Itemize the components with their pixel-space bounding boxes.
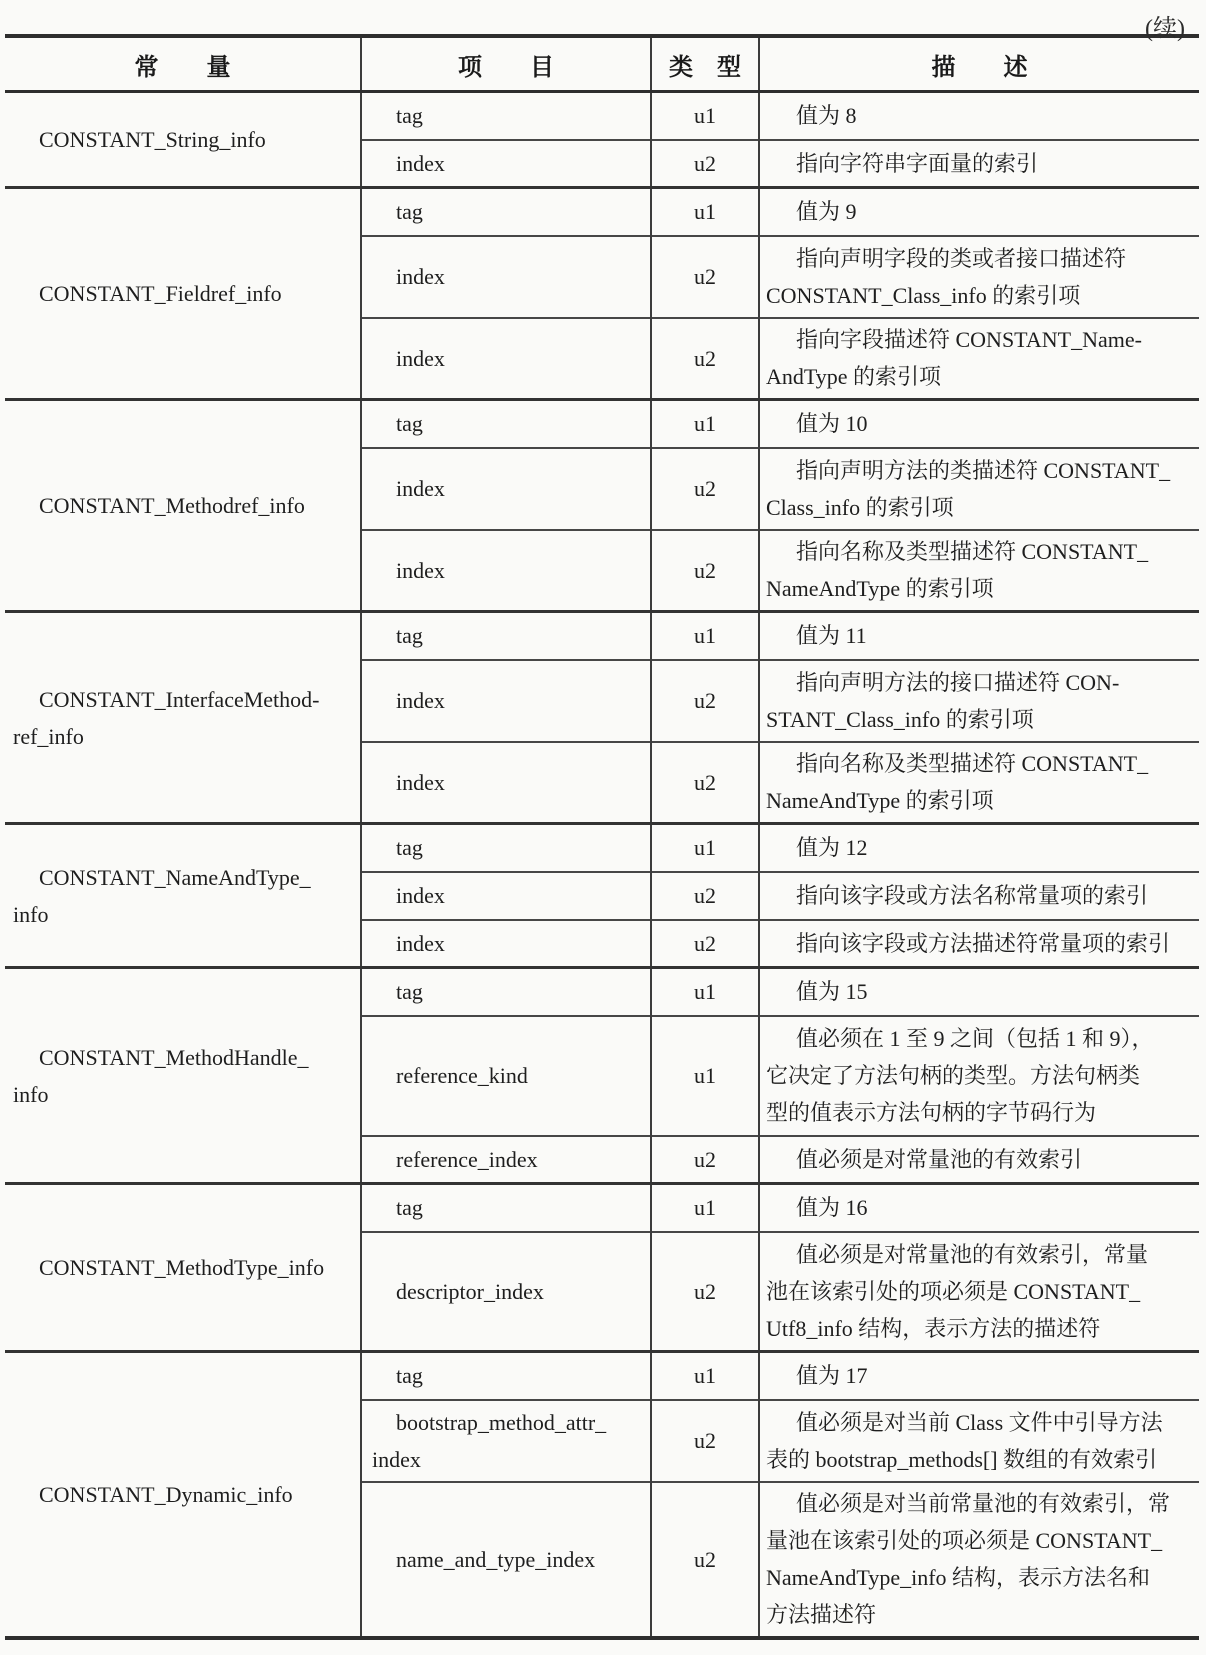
item-cell: index [361,742,651,824]
item-cell: reference_kind [361,1016,651,1136]
type-cell: u2 [651,448,759,530]
constant-name-cell: CONSTANT_Methodref_info [5,400,361,612]
type-cell: u2 [651,530,759,612]
type-cell: u1 [651,1352,759,1400]
table-row: CONSTANT_MethodType_infotagu1值为 16 [5,1184,1199,1232]
desc-cell: 值必须是对常量池的有效索引 [759,1136,1199,1184]
type-cell: u1 [651,92,759,140]
desc-cell: 值为 10 [759,400,1199,448]
item-cell: reference_index [361,1136,651,1184]
item-cell: bootstrap_method_attr_ index [361,1400,651,1482]
table-row: CONSTANT_MethodHandle_ infotagu1值为 15 [5,968,1199,1016]
desc-cell: 指向名称及类型描述符 CONSTANT_ NameAndType 的索引项 [759,742,1199,824]
item-cell: index [361,920,651,968]
desc-cell: 值为 15 [759,968,1199,1016]
desc-cell: 指向声明字段的类或者接口描述符 CONSTANT_Class_info 的索引项 [759,236,1199,318]
item-cell: tag [361,92,651,140]
item-cell: descriptor_index [361,1232,651,1352]
table-row: CONSTANT_String_infotagu1值为 8 [5,92,1199,140]
desc-cell: 指向字符串字面量的索引 [759,140,1199,188]
desc-cell: 值为 9 [759,188,1199,236]
table-header-row: 常 量 项 目 类 型 描 述 [5,36,1199,92]
table-continued-label: (续) [4,4,1201,34]
type-cell: u2 [651,872,759,920]
item-cell: index [361,872,651,920]
item-cell: index [361,140,651,188]
table-row: CONSTANT_Dynamic_infotagu1值为 17 [5,1352,1199,1400]
desc-cell: 指向声明方法的接口描述符 CON- STANT_Class_info 的索引项 [759,660,1199,742]
desc-cell: 值为 8 [759,92,1199,140]
desc-cell: 指向该字段或方法描述符常量项的索引 [759,920,1199,968]
type-cell: u1 [651,1016,759,1136]
desc-cell: 值为 12 [759,824,1199,872]
type-cell: u2 [651,1400,759,1482]
desc-cell: 值必须是对当前 Class 文件中引导方法 表的 bootstrap_metho… [759,1400,1199,1482]
type-cell: u2 [651,318,759,400]
type-cell: u1 [651,824,759,872]
desc-cell: 指向声明方法的类描述符 CONSTANT_ Class_info 的索引项 [759,448,1199,530]
column-header-type: 类 型 [651,36,759,92]
desc-cell: 值必须是对当前常量池的有效索引，常 量池在该索引处的项必须是 CONSTANT_… [759,1482,1199,1638]
type-cell: u1 [651,400,759,448]
desc-cell: 值为 17 [759,1352,1199,1400]
table-row: CONSTANT_Fieldref_infotagu1值为 9 [5,188,1199,236]
constant-name-cell: CONSTANT_Dynamic_info [5,1352,361,1638]
type-cell: u2 [651,1232,759,1352]
item-cell: index [361,448,651,530]
item-cell: index [361,236,651,318]
item-cell: index [361,530,651,612]
type-cell: u2 [651,660,759,742]
column-header-constant: 常 量 [5,36,361,92]
type-cell: u1 [651,188,759,236]
type-cell: u1 [651,968,759,1016]
table-row: CONSTANT_NameAndType_ infotagu1值为 12 [5,824,1199,872]
desc-cell: 值必须在 1 至 9 之间（包括 1 和 9）， 它决定了方法句柄的类型。方法句… [759,1016,1199,1136]
item-cell: tag [361,824,651,872]
type-cell: u2 [651,1482,759,1638]
type-cell: u1 [651,612,759,660]
type-cell: u2 [651,1136,759,1184]
constant-name-cell: CONSTANT_MethodHandle_ info [5,968,361,1184]
item-cell: tag [361,400,651,448]
desc-cell: 指向该字段或方法名称常量项的索引 [759,872,1199,920]
desc-cell: 值为 11 [759,612,1199,660]
table-body: CONSTANT_String_infotagu1值为 8indexu2指向字符… [5,92,1199,1638]
item-cell: index [361,318,651,400]
desc-cell: 值必须是对常量池的有效索引，常量 池在该索引处的项必须是 CONSTANT_ U… [759,1232,1199,1352]
table-row: CONSTANT_InterfaceMethod- ref_infotagu1值… [5,612,1199,660]
table-row: CONSTANT_Methodref_infotagu1值为 10 [5,400,1199,448]
book-page: (续) 常 量 项 目 类 型 描 述 CONSTANT_String_info… [0,0,1206,1655]
desc-cell: 指向名称及类型描述符 CONSTANT_ NameAndType 的索引项 [759,530,1199,612]
constant-name-cell: CONSTANT_MethodType_info [5,1184,361,1352]
item-cell: index [361,660,651,742]
constant-pool-table: 常 量 项 目 类 型 描 述 CONSTANT_String_infotagu… [5,34,1199,1640]
desc-cell: 值为 16 [759,1184,1199,1232]
constant-name-cell: CONSTANT_NameAndType_ info [5,824,361,968]
desc-cell: 指向字段描述符 CONSTANT_Name- AndType 的索引项 [759,318,1199,400]
constant-name-cell: CONSTANT_InterfaceMethod- ref_info [5,612,361,824]
column-header-description: 描 述 [759,36,1199,92]
constant-name-cell: CONSTANT_String_info [5,92,361,188]
type-cell: u2 [651,140,759,188]
type-cell: u2 [651,742,759,824]
type-cell: u2 [651,236,759,318]
item-cell: tag [361,1184,651,1232]
item-cell: tag [361,188,651,236]
type-cell: u1 [651,1184,759,1232]
item-cell: tag [361,1352,651,1400]
item-cell: tag [361,612,651,660]
item-cell: tag [361,968,651,1016]
type-cell: u2 [651,920,759,968]
constant-name-cell: CONSTANT_Fieldref_info [5,188,361,400]
column-header-item: 项 目 [361,36,651,92]
item-cell: name_and_type_index [361,1482,651,1638]
